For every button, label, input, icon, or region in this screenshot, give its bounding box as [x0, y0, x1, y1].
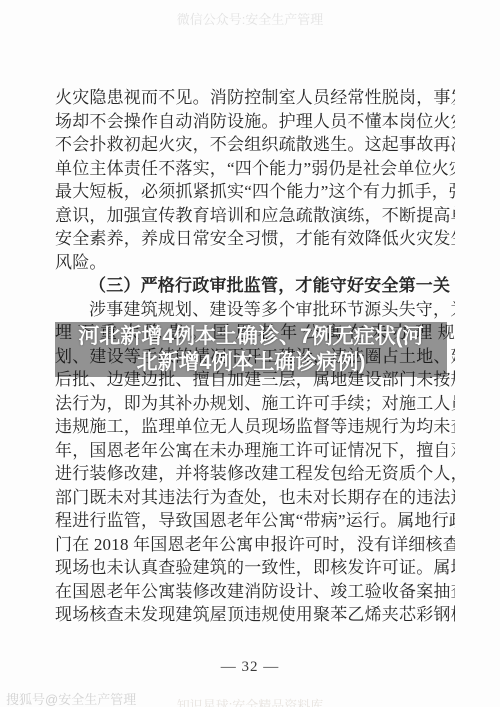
text-line: 违规施工，监理单位无人员现场监督等违规行为均未查处。2018 [55, 415, 455, 439]
text-line: 安全素养，养成日常安全习惯，才能有效降低火灾发生的概率和 [55, 227, 455, 251]
text-line: 涉事建筑规划、建设等多个审批环节源头失守，为后续事故 [55, 298, 455, 322]
text-line: 进行装修改建，并将装修改建工程发包给无资质个人，属地住建 [55, 462, 455, 486]
text-line: 年，国恩老年公寓在未办理施工许可证情况下，擅自对涉事建筑 [55, 439, 455, 463]
watermark-bottom-center: 知识星球:安全精品资料库 [0, 695, 500, 707]
text-line: 门在 2018 年国恩老年公寓申报许可时，没有详细核查申报材料， [55, 533, 455, 557]
text-line: 在国恩老年公寓装修改建消防设计、竣工验收备案抽查过程中， [55, 580, 455, 604]
text-line: 风险。 [55, 251, 455, 275]
text-line: 意识，加强宣传教育培训和应急疏散演练，不断提高单位和群众 [55, 204, 455, 228]
text-line: 火灾隐患视而不见。消防控制室人员经常性脱岗，事发后赶回现 [55, 86, 455, 110]
text-line: 现场也未认真查验建筑的一致性，即核发许可证。属地消防部门 [55, 556, 455, 580]
text-line: （三）严格行政审批监管，才能守好安全第一关 [55, 274, 455, 298]
document-page: 微信公众号:安全生产管理 火灾隐患视而不见。消防控制室人员经常性脱岗，事发后赶回… [0, 0, 500, 707]
headline-title-line1: 河北新增4例本土确诊、7例无症状(河 [78, 324, 423, 350]
text-line: 法行为，即为其补办规划、施工许可手续；对施工人员借用资质 [55, 392, 455, 416]
text-line: 不会扑救初起火灾，不会组织疏散逃生。这起事故再次警示我们， [55, 133, 455, 157]
text-line: 单位主体责任不落实，“四个能力”弱仍是社会单位火灾防控的 [55, 157, 455, 181]
text-line: 现场核查未发现建筑屋顶违规使用聚苯乙烯夹芯彩钢板、隔墙耐 [55, 603, 455, 627]
text-line: 场却不会操作自动消防设施。护理人员不懂本岗位火灾危险性， [55, 110, 455, 134]
text-line: 程进行监管，导致国恩老年公寓“带病”运行。属地行政审批部 [55, 509, 455, 533]
watermark-top: 微信公众号:安全生产管理 [0, 9, 500, 28]
text-line: 最大短板，必须抓紧抓实“四个能力”这个有力抓手，强化守法 [55, 180, 455, 204]
text-line: 部门既未对其违法行为查处，也未对长期存在的违法违规建设工 [55, 486, 455, 510]
headline-overlay-band: 河北新增4例本土确诊、7例无症状(河 北新增4例本土确诊病例) [55, 322, 447, 377]
headline-title-line2: 北新增4例本土确诊病例) [137, 350, 366, 376]
page-number: — 32 — [0, 659, 500, 676]
